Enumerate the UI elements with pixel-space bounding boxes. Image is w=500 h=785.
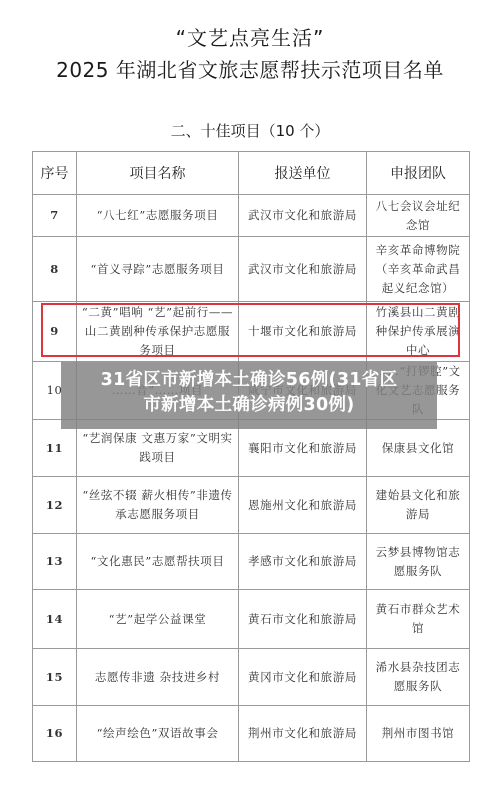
header-team: 申报团队 [367,152,470,195]
cell-no: 12 [33,477,77,534]
cell-project: “丝弦不辍 薪火相传”非遗传承志愿服务项目 [77,477,239,534]
cell-unit: 武汉市文化和旅游局 [239,195,367,237]
cell-no: 14 [33,590,77,649]
cell-team: 建始县文化和旅游局 [367,477,470,534]
cell-project: “二黄”唱响 “艺”起前行——山二黄剧种传承保护志愿服务项目 [77,302,239,362]
table-row: 13 “文化惠民”志愿帮扶项目 孝感市文化和旅游局 云梦县博物馆志愿服务队 [33,534,470,590]
section-heading: 二、十佳项目（10 个） [0,120,500,141]
table-row: 15 志愿传非遗 杂技进乡村 黄冈市文化和旅游局 浠水县杂技团志愿服务队 [33,649,470,706]
cell-no: 16 [33,706,77,762]
cell-project: “首义寻踪”志愿服务项目 [77,237,239,302]
cell-no: 9 [33,302,77,362]
header-unit: 报送单位 [239,152,367,195]
cell-project: 志愿传非遗 杂技进乡村 [77,649,239,706]
table-row: 7 “八七红”志愿服务项目 武汉市文化和旅游局 八七会议会址纪念馆 [33,195,470,237]
cell-unit: 恩施州文化和旅游局 [239,477,367,534]
cell-team: 竹溪县山二黄剧种保护传承展演中心 [367,302,470,362]
table-header-row: 序号 项目名称 报送单位 申报团队 [33,152,470,195]
table-row: 8 “首义寻踪”志愿服务项目 武汉市文化和旅游局 辛亥革命博物院（辛亥革命武昌起… [33,237,470,302]
cell-team: 八七会议会址纪念馆 [367,195,470,237]
doc-title-line1: “文艺点亮生活” [0,22,500,51]
project-table: 序号 项目名称 报送单位 申报团队 7 “八七红”志愿服务项目 武汉市文化和旅游… [32,151,470,762]
news-caption-banner: 31省区市新增本土确诊56例(31省区 市新增本土确诊病例30例) [61,362,437,429]
header-no: 序号 [33,152,77,195]
cell-team: 辛亥革命博物院（辛亥革命武昌起义纪念馆） [367,237,470,302]
cell-no: 7 [33,195,77,237]
cell-project: “艺”起学公益课堂 [77,590,239,649]
banner-line2: 市新增本土确诊病例30例) [61,393,437,418]
cell-unit: 黄冈市文化和旅游局 [239,649,367,706]
cell-unit: 十堰市文化和旅游局 [239,302,367,362]
doc-title-line2: 2025 年湖北省文旅志愿帮扶示范项目名单 [0,54,500,83]
table-row: 12 “丝弦不辍 薪火相传”非遗传承志愿服务项目 恩施州文化和旅游局 建始县文化… [33,477,470,534]
cell-team: 云梦县博物馆志愿服务队 [367,534,470,590]
header-project: 项目名称 [77,152,239,195]
cell-team: 浠水县杂技团志愿服务队 [367,649,470,706]
cell-no: 8 [33,237,77,302]
cell-team: 荆州市图书馆 [367,706,470,762]
cell-team: 黄石市群众艺术馆 [367,590,470,649]
cell-unit: 孝感市文化和旅游局 [239,534,367,590]
cell-no: 13 [33,534,77,590]
cell-unit: 荆州市文化和旅游局 [239,706,367,762]
table-row-highlighted: 9 “二黄”唱响 “艺”起前行——山二黄剧种传承保护志愿服务项目 十堰市文化和旅… [33,302,470,362]
cell-project: “八七红”志愿服务项目 [77,195,239,237]
cell-unit: 武汉市文化和旅游局 [239,237,367,302]
cell-project: “绘声绘色”双语故事会 [77,706,239,762]
banner-line1: 31省区市新增本土确诊56例(31省区 [61,368,437,393]
cell-unit: 黄石市文化和旅游局 [239,590,367,649]
cell-project: “文化惠民”志愿帮扶项目 [77,534,239,590]
table-row: 16 “绘声绘色”双语故事会 荆州市文化和旅游局 荆州市图书馆 [33,706,470,762]
table-row: 14 “艺”起学公益课堂 黄石市文化和旅游局 黄石市群众艺术馆 [33,590,470,649]
cell-no: 15 [33,649,77,706]
